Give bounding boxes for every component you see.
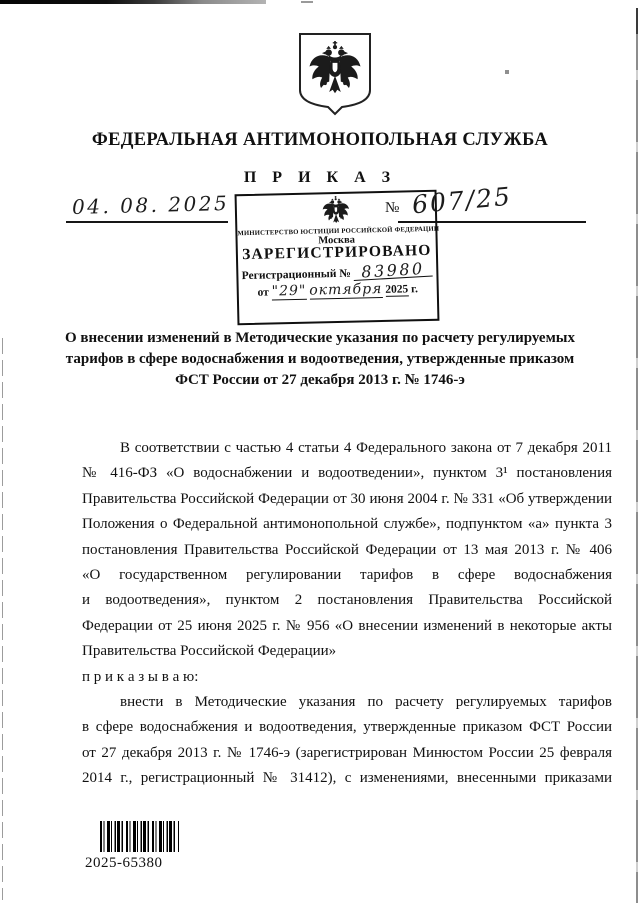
order-number-handwritten: 607/25: [411, 182, 513, 220]
body-line: «О государственном регулировании тарифов…: [82, 563, 612, 588]
document-code: 2025-65380: [85, 855, 163, 872]
ministry-registration-stamp: МИНИСТЕРСТВО ЮСТИЦИИ РОССИЙСКОЙ ФЕДЕРАЦИ…: [235, 190, 440, 326]
scan-artifact-speck: [505, 70, 509, 74]
body-line: № 416-ФЗ «О водоснабжении и водоотведени…: [82, 461, 612, 486]
stamp-reg-label: Регистрационный №: [242, 268, 351, 282]
body-line: постановления Правительства Российской Ф…: [82, 538, 612, 563]
body-line: Правительства Российской Федерации от 30…: [82, 487, 612, 512]
body-line: от 27 декабря 2013 г. № 1746-э (зарегист…: [82, 741, 612, 766]
body-line: в сфере водоснабжения и водоотведения, у…: [82, 715, 612, 740]
stamp-date-year: 2025: [385, 283, 408, 297]
scan-artifact-top-band: [0, 0, 266, 4]
subject-line: тарифов в сфере водоснабжения и водоотве…: [40, 349, 600, 370]
doc-type-title: П Р И К А З: [0, 169, 640, 187]
barcode: [100, 821, 179, 852]
order-number-label: №: [385, 200, 399, 217]
order-date-handwritten: 04. 08. 2025: [72, 191, 230, 219]
scan-artifact-right-line-top: [636, 8, 638, 34]
body-line: Положения о Федеральной антимонопольной …: [82, 512, 612, 537]
scan-artifact-left-line: [2, 338, 3, 900]
date-underline: [66, 221, 228, 223]
body-line: Правительства Российской Федерации»: [82, 639, 612, 664]
scanned-order-page: ФЕДЕРАЛЬНАЯ АНТИМОНОПОЛЬНАЯ СЛУЖБА П Р И…: [0, 0, 640, 905]
stamp-date-day-handwritten: "29": [271, 283, 306, 301]
stamp-date-g: г.: [411, 283, 418, 295]
body-line: В соответствии с частью 4 статьи 4 Федер…: [82, 436, 612, 461]
order-subject: О внесении изменений в Методические указ…: [40, 328, 600, 391]
subject-line: ФСТ России от 27 декабря 2013 г. № 1746-…: [40, 370, 600, 391]
order-body-text: В соответствии с частью 4 статьи 4 Федер…: [82, 436, 612, 791]
stamp-date-row: от "29" октября 2025 г.: [239, 281, 437, 301]
stamp-date-from: от: [257, 287, 269, 299]
scan-artifact-tick: [301, 1, 313, 3]
stamp-reg-number-handwritten: 83980: [353, 260, 433, 281]
body-line: и водоотведения», пунктом 2 постановлени…: [82, 588, 612, 613]
agency-title: ФЕДЕРАЛЬНАЯ АНТИМОНОПОЛЬНАЯ СЛУЖБА: [0, 130, 640, 151]
stamp-date-month-handwritten: октября: [309, 281, 382, 300]
body-line: 2014 г., регистрационный № 31412), с изм…: [82, 766, 612, 791]
stamp-eagle-icon: [237, 194, 436, 230]
subject-line: О внесении изменений в Методические указ…: [40, 328, 600, 349]
body-line: Федерации от 25 июня 2025 г. № 956 «О вн…: [82, 614, 612, 639]
coat-of-arms-icon: [297, 31, 373, 124]
body-line-prikazyvayu: п р и к а з ы в а ю:: [82, 665, 612, 690]
body-line: внести в Методические указания по расчет…: [82, 690, 612, 715]
